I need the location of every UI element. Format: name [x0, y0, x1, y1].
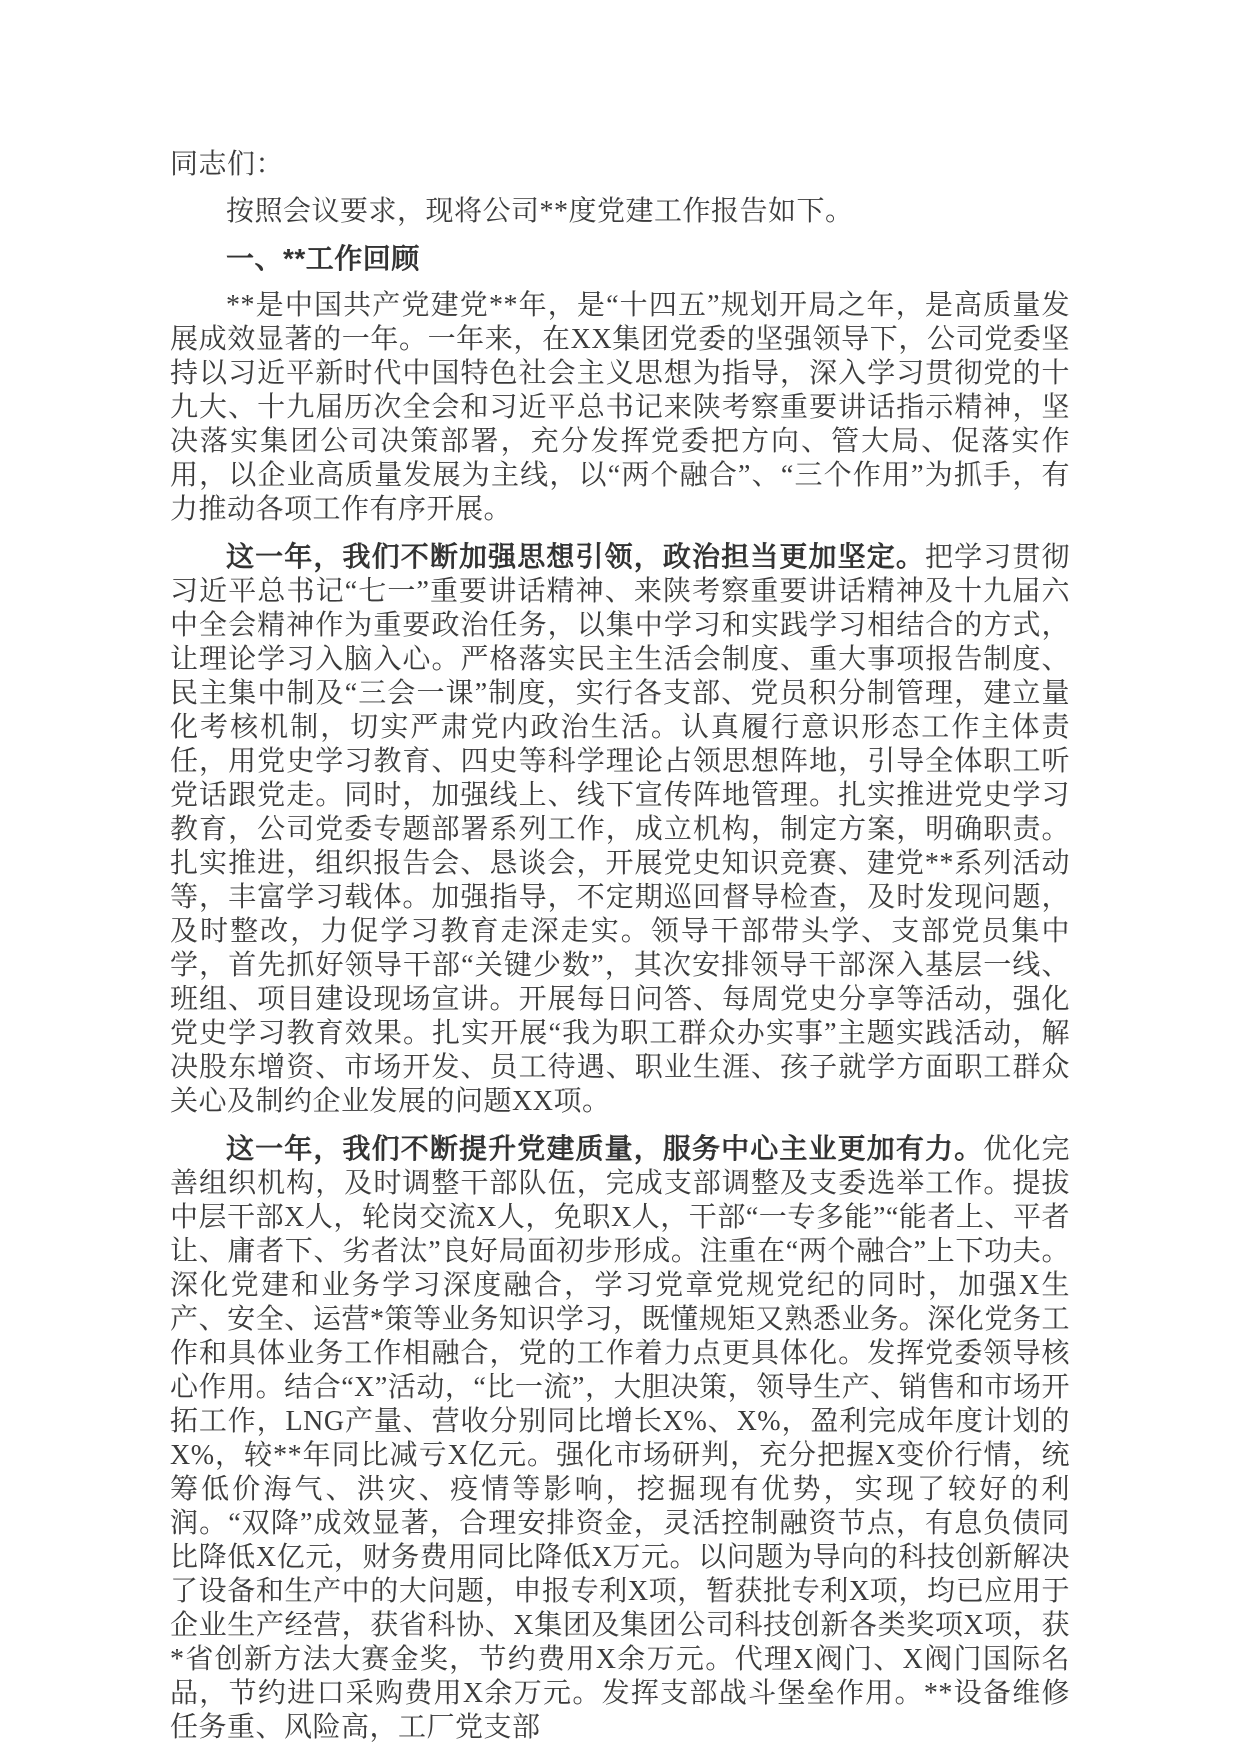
paragraph-party-quality: 这一年，我们不断提升党建质量，服务中心主业更加有力。优化完善组织机构，及时调整干…: [170, 1132, 1070, 1745]
paragraph-party-quality-lead: 这一年，我们不断提升党建质量，服务中心主业更加有力。: [226, 1133, 983, 1164]
salutation: 同志们：: [170, 148, 1070, 182]
document-page: 同志们： 按照会议要求，现将公司**度党建工作报告如下。 一、**工作回顾 **…: [0, 0, 1240, 1754]
intro-paragraph: 按照会议要求，现将公司**度党建工作报告如下。: [170, 195, 1070, 229]
paragraph-year-overview: **是中国共产党建党**年，是“十四五”规划开局之年，是高质量发展成效显著的一年…: [170, 289, 1070, 527]
section-heading: 一、**工作回顾: [170, 242, 1070, 276]
paragraph-party-quality-body: 优化完善组织机构，及时调整干部队伍，完成支部调整及支委选举工作。提拔中层干部X人…: [170, 1134, 1070, 1743]
paragraph-ideology-body: 把学习贯彻习近平总书记“七一”重要讲话精神、来陕考察重要讲话精神及十九届六中全会…: [170, 542, 1070, 1117]
paragraph-ideology-lead: 这一年，我们不断加强思想引领，政治担当更加坚定。: [226, 541, 925, 572]
paragraph-ideology: 这一年，我们不断加强思想引领，政治担当更加坚定。把学习贯彻习近平总书记“七一”重…: [170, 540, 1070, 1119]
